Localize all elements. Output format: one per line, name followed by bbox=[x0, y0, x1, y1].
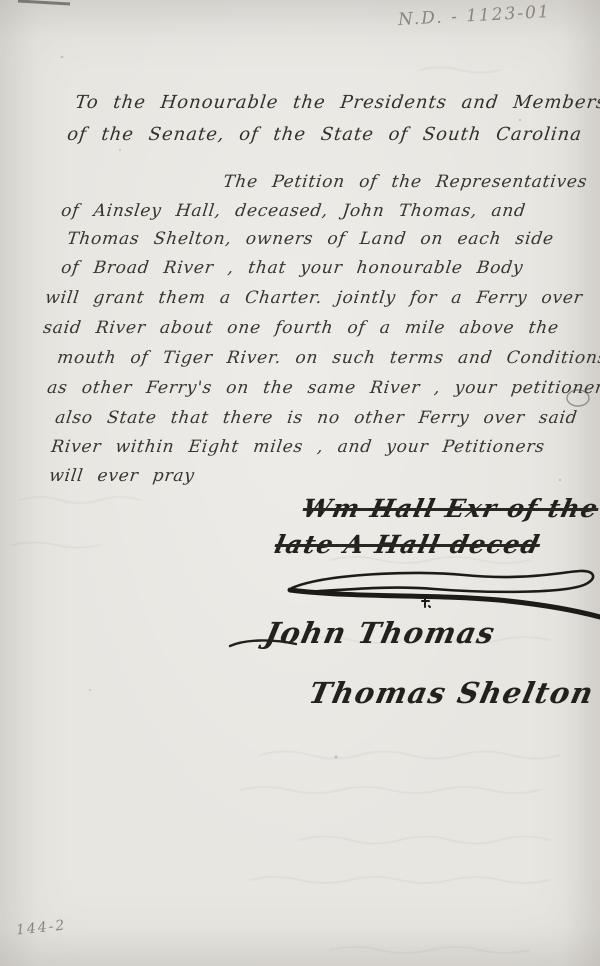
manuscript-line: of Ainsley Hall, deceased, John Thomas, … bbox=[60, 201, 527, 221]
manuscript-line: as other Ferry's on the same River , you… bbox=[46, 378, 600, 398]
heading-line: of the Senate, of the State of South Car… bbox=[66, 124, 583, 145]
document-page: N.D. - 1123-01 144-2 To the Honourable t… bbox=[0, 0, 600, 966]
signature-thomas-shelton: Thomas Shelton bbox=[306, 676, 597, 710]
heading-line: To the Honourable the Presidents and Mem… bbox=[74, 92, 600, 113]
manuscript-line: also State that there is no other Ferry … bbox=[54, 408, 579, 428]
scan-edge-artifact bbox=[18, 1, 70, 4]
manuscript-line: The Petition of the Representatives bbox=[222, 172, 589, 192]
manuscript-line: of Broad River , that your honourable Bo… bbox=[60, 258, 525, 278]
manuscript-line: River within Eight miles , and your Peti… bbox=[50, 437, 546, 457]
manuscript-line: Thomas Shelton, owners of Land on each s… bbox=[66, 229, 555, 249]
archival-number-bottom-left: 144-2 bbox=[15, 917, 67, 938]
signature-executor-struck: Wm Hall Exr of the bbox=[300, 494, 600, 523]
manuscript-line: will grant them a Charter. jointly for a… bbox=[44, 288, 584, 308]
ink-flourish-stroke bbox=[284, 564, 600, 620]
manuscript-line: said River about one fourth of a mile ab… bbox=[42, 318, 560, 338]
signature-john-thomas: John Thomas bbox=[262, 616, 499, 650]
signature-executor-struck: late A Hall deced bbox=[272, 530, 543, 559]
small-ink-mark bbox=[419, 596, 433, 610]
manuscript-line: mouth of Tiger River. on such terms and … bbox=[56, 348, 600, 368]
manuscript-line: will ever pray bbox=[48, 466, 196, 486]
archival-number-top-right: N.D. - 1123-01 bbox=[398, 2, 552, 30]
